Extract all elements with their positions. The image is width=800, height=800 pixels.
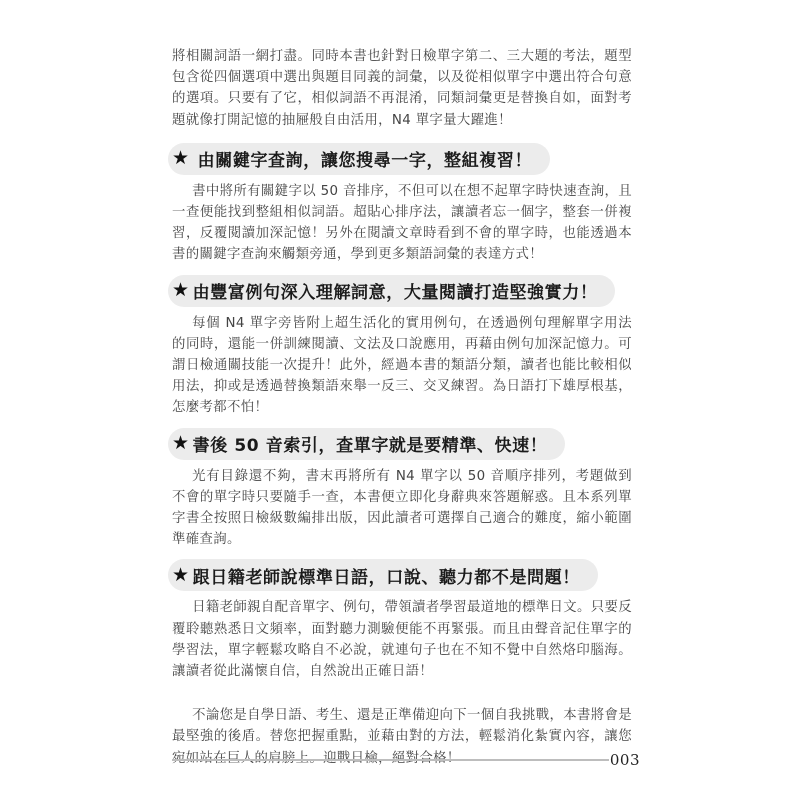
heading-text: 書後 50 音索引，查單字就是要精準、快速！ <box>193 431 548 456</box>
heading-text: 跟日籍老師說標準日語，口說、聽力都不是問題！ <box>193 563 580 588</box>
footer-rule <box>172 759 609 761</box>
page-footer: 003 <box>172 750 640 770</box>
heading-pill: ★ 書後 50 音索引，查單字就是要精準、快速！ <box>168 428 565 460</box>
heading-text: 由豐富例句深入理解詞意，大量閱讀打造堅強實力！ <box>193 278 598 303</box>
section-heading-example-sentences: ★ 由豐富例句深入理解詞意，大量閱讀打造堅強實力！ <box>168 275 632 307</box>
page-number: 003 <box>610 751 640 769</box>
page-content: 將相關詞語一網打盡。同時本書也針對日檢單字第二、三大題的考法，題型包含從四個選項… <box>172 46 632 769</box>
section-body-index: 光有目錄還不夠，書末再將所有 N4 單字以 50 音順序排列，考題做到不會的單字… <box>172 466 632 551</box>
star-icon: ★ <box>172 566 190 585</box>
section-heading-native-speaker: ★ 跟日籍老師說標準日語，口說、聽力都不是問題！ <box>168 559 632 591</box>
heading-pill: ★ 跟日籍老師說標準日語，口說、聽力都不是問題！ <box>168 559 598 591</box>
book-page: 將相關詞語一網打盡。同時本書也針對日檢單字第二、三大題的考法，題型包含從四個選項… <box>0 0 800 800</box>
star-icon: ★ <box>172 434 190 453</box>
intro-paragraph: 將相關詞語一網打盡。同時本書也針對日檢單字第二、三大題的考法，題型包含從四個選項… <box>172 46 632 131</box>
heading-pill: ★ 由關鍵字查詢，讓您搜尋一字，整組複習！ <box>168 143 550 175</box>
section-body-example-sentences: 每個 N4 單字旁皆附上超生活化的實用例句，在透過例句理解單字用法的同時，還能一… <box>172 313 632 419</box>
heading-pill: ★ 由豐富例句深入理解詞意，大量閱讀打造堅強實力！ <box>168 275 615 307</box>
star-icon: ★ <box>172 149 190 168</box>
section-body-keyword-search: 書中將所有關鍵字以 50 音排序，不但可以在想不起單字時快速查詢，且一查便能找到… <box>172 181 632 266</box>
section-body-native-speaker: 日籍老師親自配音單字、例句，帶領讀者學習最道地的標準日文。只要反覆聆聽熟悉日文頻… <box>172 597 632 682</box>
section-heading-keyword-search: ★ 由關鍵字查詢，讓您搜尋一字，整組複習！ <box>168 143 632 175</box>
heading-text: 由關鍵字查詢，讓您搜尋一字，整組複習！ <box>198 146 532 171</box>
star-icon: ★ <box>172 281 190 300</box>
section-heading-index: ★ 書後 50 音索引，查單字就是要精準、快速！ <box>168 428 632 460</box>
